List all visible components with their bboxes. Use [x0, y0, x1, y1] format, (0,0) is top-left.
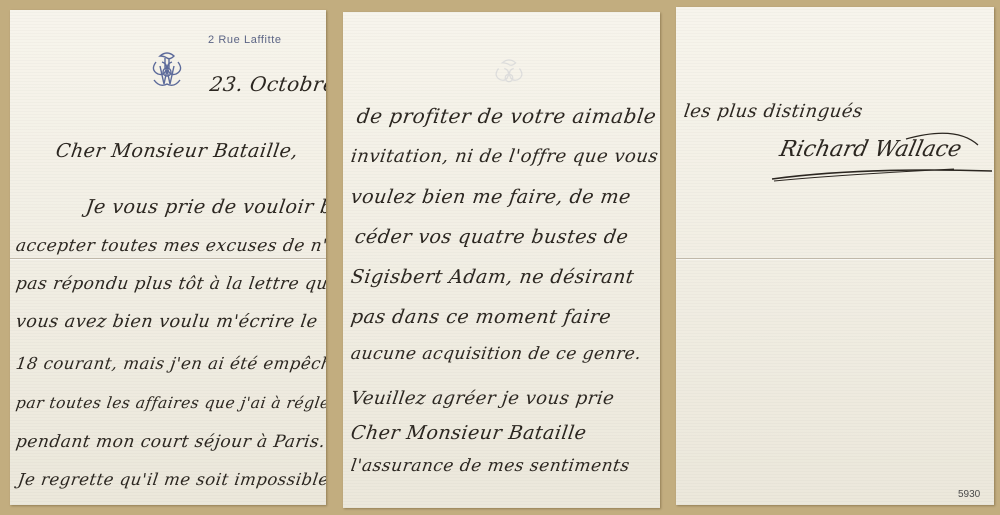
show-through-monogram-icon: [491, 57, 527, 95]
text-line: céder vos quatre bustes de: [353, 226, 629, 248]
text-line: pendant mon court séjour à Paris.: [15, 432, 326, 452]
text-line: Cher Monsieur Bataille: [349, 422, 588, 444]
letter-date: 23. Octobre 1873: [208, 72, 326, 96]
text-line: pas répondu plus tôt à la lettre que: [15, 274, 326, 294]
text-line: aucune acquisition de ce genre.: [350, 344, 643, 364]
letter-page-2: de profiter de votre aimable invitation,…: [343, 12, 660, 508]
letterhead-address: 2 Rue Laffitte: [208, 34, 282, 46]
text-line: Je vous prie de vouloir bien: [84, 196, 326, 218]
text-line: invitation, ni de l'offre que vous: [350, 146, 660, 167]
text-line: accepter toutes mes excuses de n'avoir: [15, 236, 326, 256]
salutation: Cher Monsieur Bataille,: [54, 140, 299, 162]
signature-flourish-icon: [766, 125, 994, 185]
text-line: vous avez bien voulu m'écrire le: [15, 312, 319, 332]
text-line: Veuillez agréer je vous prie: [350, 388, 616, 409]
fold-crease: [10, 258, 326, 259]
text-line: 18 courant, mais j'en ai été empêché: [15, 354, 326, 373]
letter-page-3: les plus distingués Richard Wallace 5930: [676, 7, 994, 505]
text-line: voulez bien me faire, de me: [349, 186, 632, 208]
text-line: Je regrette qu'il me soit impossible: [17, 470, 326, 489]
text-line: Sigisbert Adam, ne désirant: [349, 266, 635, 288]
text-line: pas dans ce moment faire: [349, 306, 612, 328]
closing-line: les plus distingués: [683, 101, 865, 122]
text-line: de profiter de votre aimable: [355, 104, 658, 128]
fold-crease: [676, 258, 994, 259]
monogram-icon: [148, 50, 186, 90]
letter-page-1: 2 Rue Laffitte 23. Octobre 1873 Cher Mon…: [10, 10, 326, 505]
archive-number: 5930: [958, 489, 980, 500]
text-line: l'assurance de mes sentiments: [350, 456, 631, 476]
text-line: par toutes les affaires que j'ai à régle…: [15, 394, 326, 412]
